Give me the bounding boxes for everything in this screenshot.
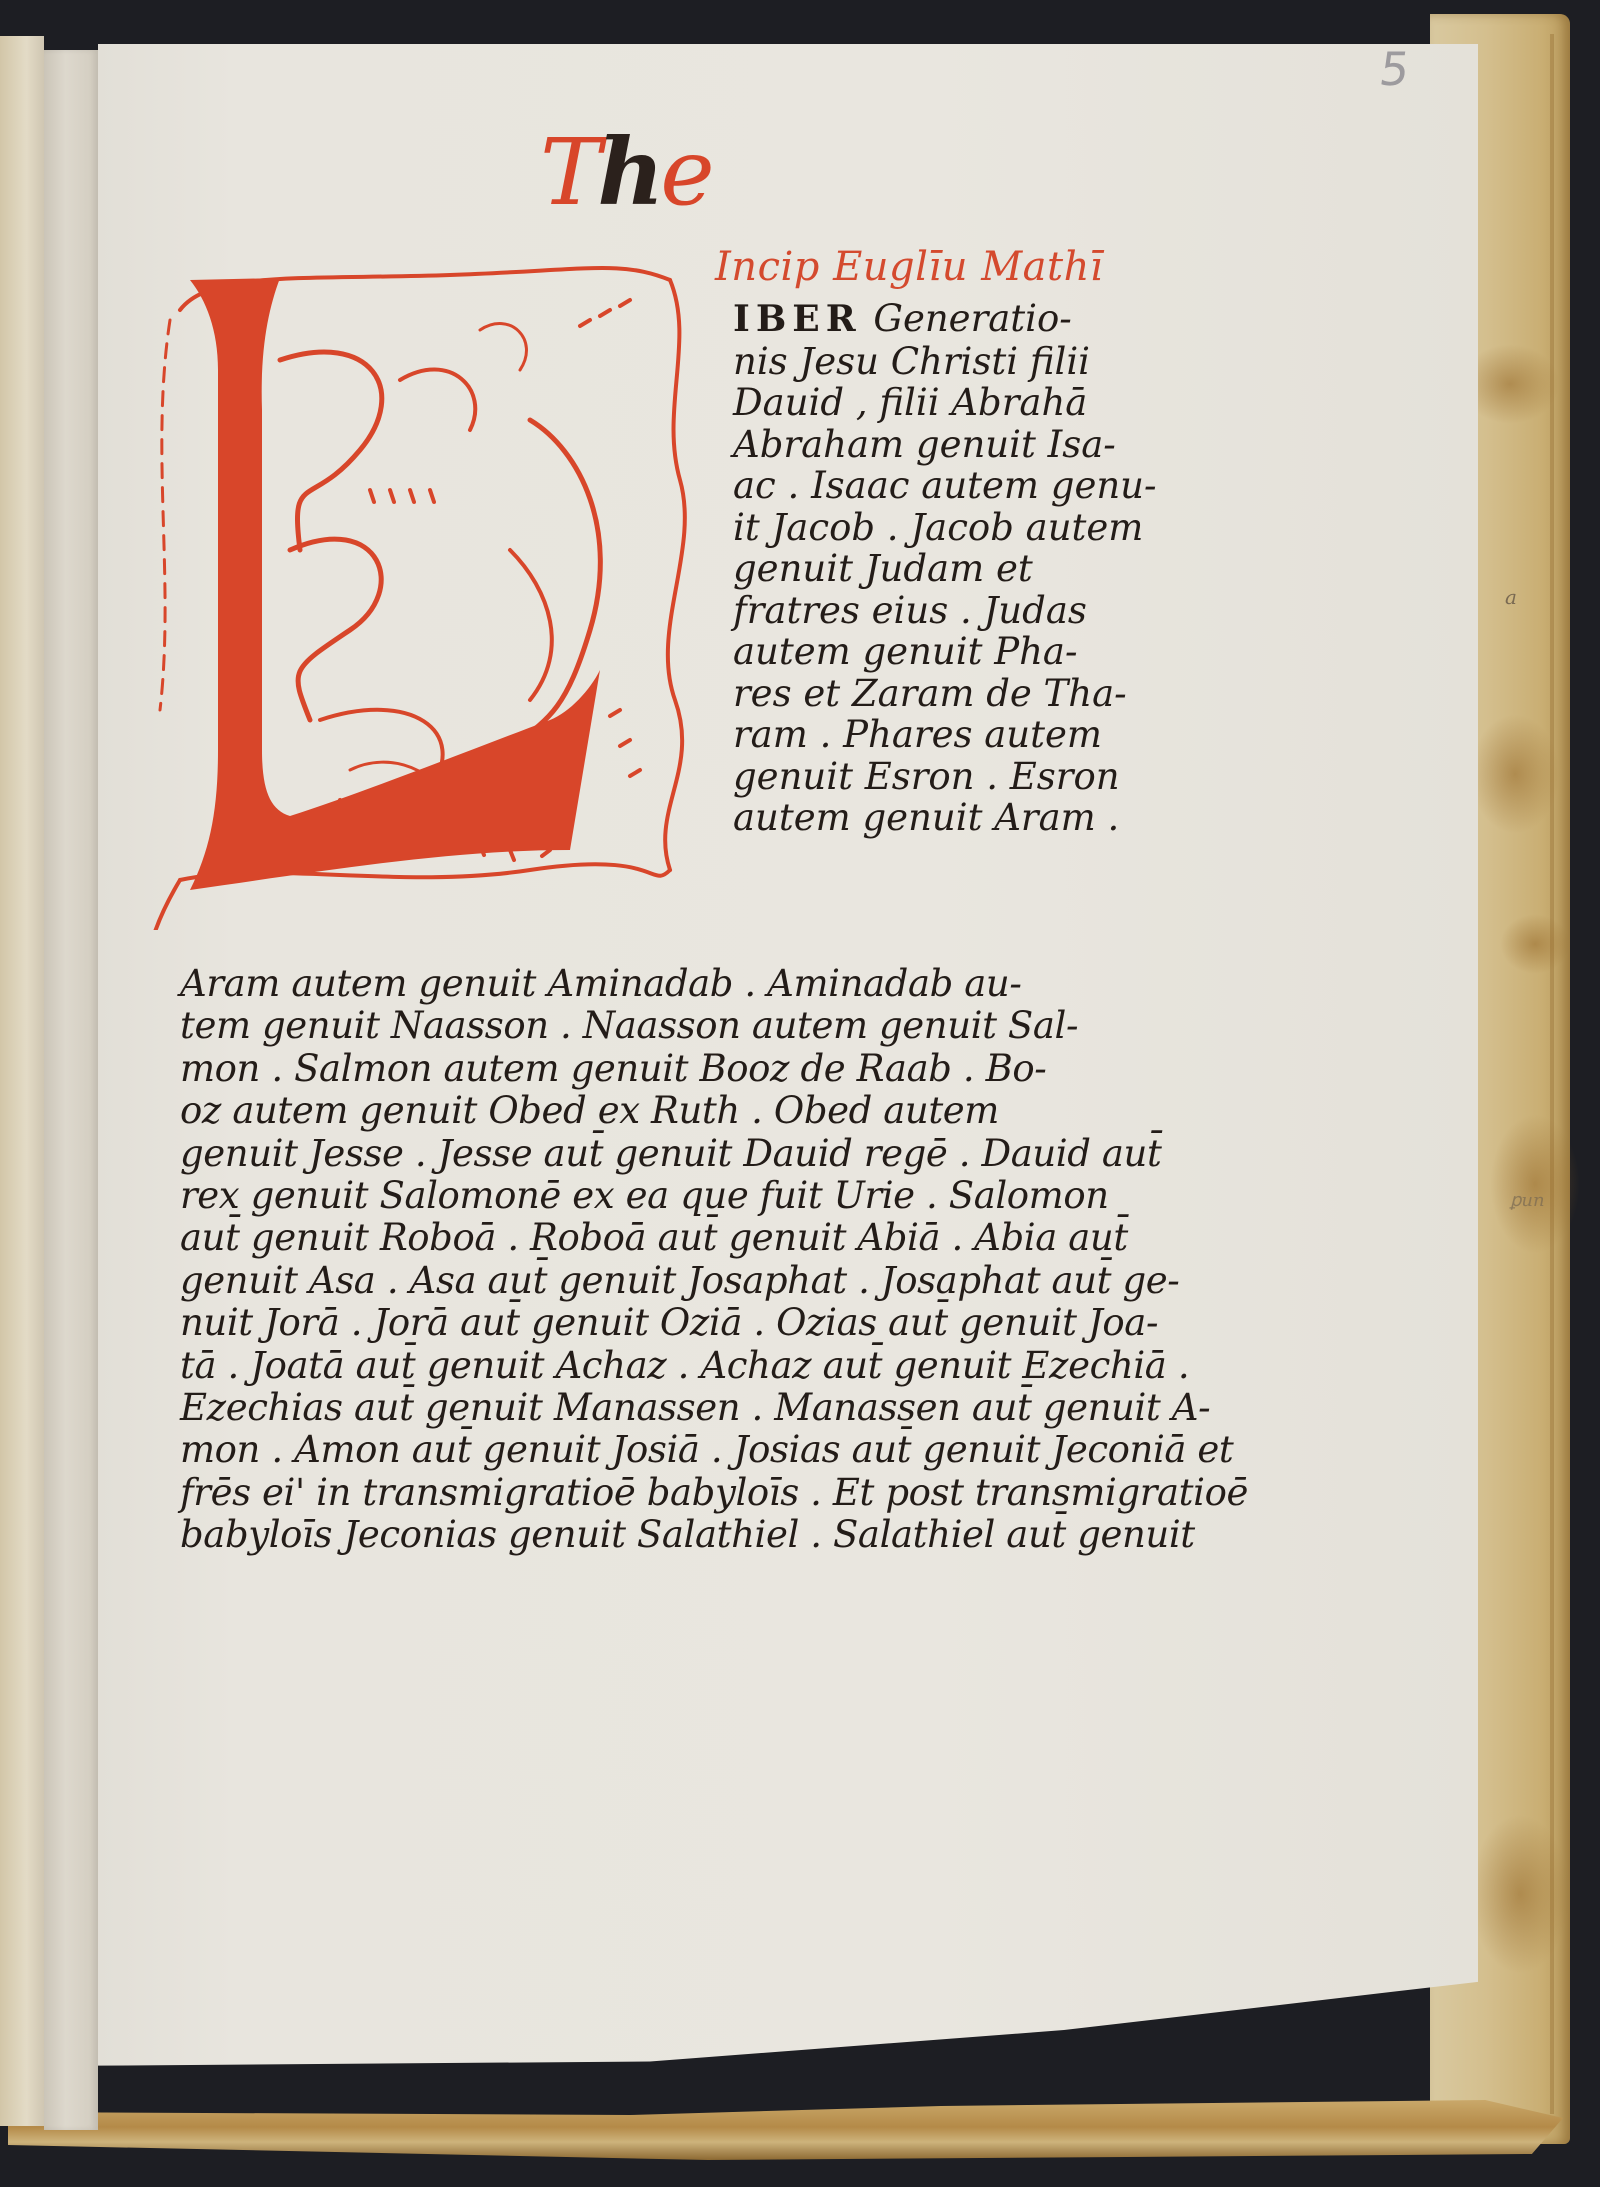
text-line: genuit Esron . Esron bbox=[733, 756, 1203, 798]
margin-note-script: ꝑun bbox=[1510, 1190, 1545, 1211]
text-line: tem genuit Naasson . Naasson autem genui… bbox=[180, 1005, 1220, 1047]
decorated-initial-l bbox=[150, 250, 710, 930]
text-line: Dauid , filii Abrahā bbox=[733, 382, 1203, 424]
narrow-text-column: IBER Generatio- nis Jesu Christi filii D… bbox=[733, 298, 1203, 839]
gutter-fold bbox=[44, 50, 98, 2130]
full-width-text-block: Aram autem genuit Aminadab . Aminadab au… bbox=[180, 963, 1220, 1557]
text-line: Aram autem genuit Aminadab . Aminadab au… bbox=[180, 963, 1220, 1005]
text-line: ram . Phares autem bbox=[733, 714, 1203, 756]
text-line: it Jacob . Jacob autem bbox=[733, 507, 1203, 549]
text-line: IBER Generatio- bbox=[733, 298, 1203, 341]
rubric-incipit: Incip Euglīu Mathī bbox=[715, 244, 1103, 290]
flourished-initial-icon bbox=[150, 250, 710, 930]
text-line: mon . Amon aut̄ genuit Josiā . Josias au… bbox=[180, 1429, 1220, 1471]
text-line: oz autem genuit Obed ex Ruth . Obed aute… bbox=[180, 1090, 1220, 1132]
rubric-heading: The bbox=[540, 118, 711, 226]
text-line: nuit Jorā . Jorā aut̄ genuit Oziā . Ozia… bbox=[180, 1302, 1220, 1344]
text-line: Abraham genuit Isa- bbox=[733, 424, 1203, 466]
text-line: genuit Judam et bbox=[733, 548, 1203, 590]
text-line: Ezechias aut̄ genuit Manassen . Manassen… bbox=[180, 1387, 1220, 1429]
text-line: rex genuit Salomonē ex ea que fuit Urie … bbox=[180, 1175, 1220, 1217]
text-line: autem genuit Aram . bbox=[733, 797, 1203, 839]
text-line: autem genuit Pha- bbox=[733, 631, 1203, 673]
line-rest: Generatio- bbox=[862, 297, 1072, 340]
margin-note-letter: a bbox=[1505, 585, 1517, 609]
heading-letter-t: T bbox=[540, 119, 597, 226]
text-line: genuit Jesse . Jesse aut̄ genuit Dauid r… bbox=[180, 1133, 1220, 1175]
text-line: ac . Isaac autem genu- bbox=[733, 465, 1203, 507]
text-line: frēs ei' in transmigratioē babyloīs . Et… bbox=[180, 1472, 1220, 1514]
text-line: nis Jesu Christi filii bbox=[733, 341, 1203, 383]
text-line: babyloīs Jeconias genuit Salathiel . Sal… bbox=[180, 1514, 1220, 1556]
initial-caps: IBER bbox=[733, 298, 862, 340]
text-line: genuit Asa . Asa aut̄ genuit Josaphat . … bbox=[180, 1260, 1220, 1302]
text-line: res et Zaram de Tha- bbox=[733, 673, 1203, 715]
heading-letter-h: h bbox=[597, 118, 660, 226]
left-binding-edge bbox=[0, 36, 44, 2126]
text-line: tā . Joatā aut̄ genuit Achaz . Achaz aut… bbox=[180, 1345, 1220, 1387]
text-line: fratres eius . Judas bbox=[733, 590, 1203, 632]
heading-letter-e: e bbox=[660, 119, 710, 226]
text-line: aut̄ genuit Roboā . Roboā aut̄ genuit Ab… bbox=[180, 1217, 1220, 1259]
text-line: mon . Salmon autem genuit Booz de Raab .… bbox=[180, 1048, 1220, 1090]
